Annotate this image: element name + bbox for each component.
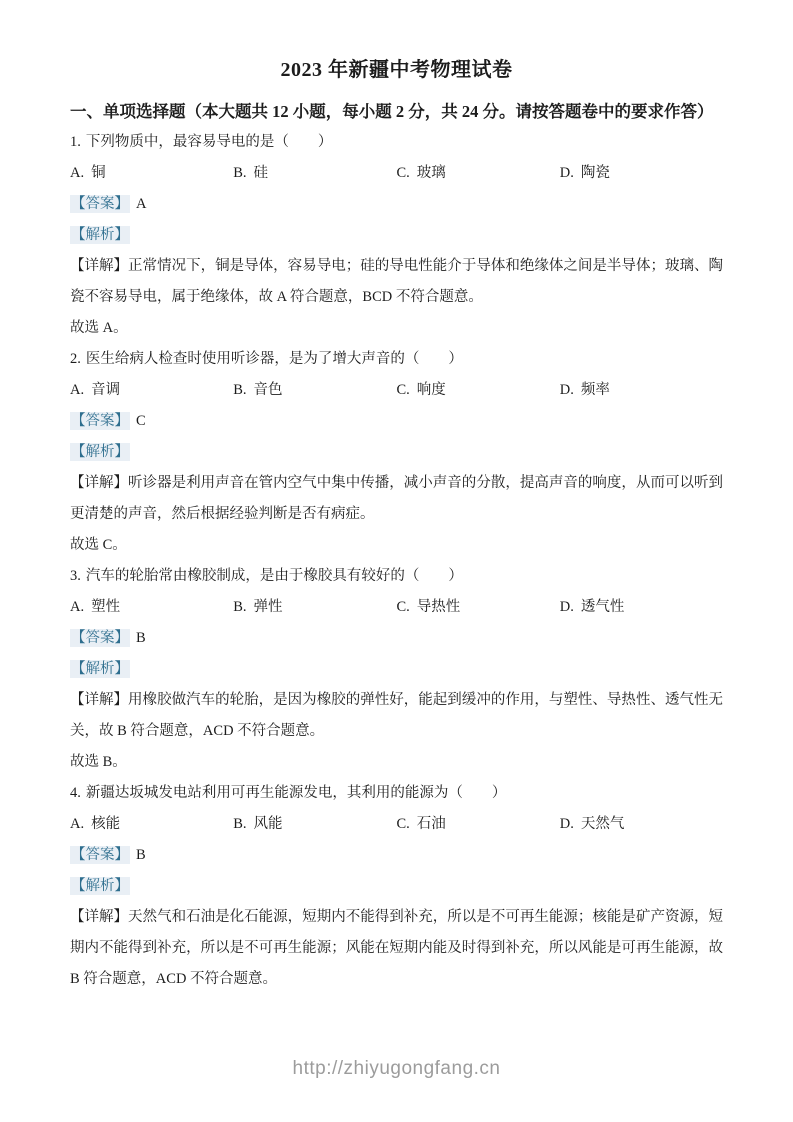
detail-paragraph: 【详解】用橡胶做汽车的轮胎，是因为橡胶的弹性好，能起到缓冲的作用，与塑性、导热性… <box>70 685 723 747</box>
options-row: A.音调 B.音色 C.响度 D.频率 <box>70 375 723 406</box>
option-a: A.音调 <box>70 375 233 406</box>
option-a-label: A. <box>70 599 84 615</box>
answer-value: B <box>136 847 146 863</box>
option-c: C.玻璃 <box>397 158 560 189</box>
detail-paragraph: 【详解】天然气和石油是化石能源，短期内不能得到补充，所以是不可再生能源；核能是矿… <box>70 902 723 995</box>
option-d-label: D. <box>560 599 574 615</box>
section-heading: 一、单项选择题（本大题共 12 小题，每小题 2 分，共 24 分。请按答题卷中… <box>70 96 723 127</box>
option-b: B.音色 <box>233 375 396 406</box>
option-d: D.天然气 <box>560 809 723 840</box>
option-b: B.硅 <box>233 158 396 189</box>
question-block-1: 1.下列物质中，最容易导电的是（ ） A.铜 B.硅 C.玻璃 D.陶瓷 【答案… <box>70 127 723 344</box>
option-a-text: 核能 <box>91 816 120 832</box>
question-number: 3. <box>70 568 81 584</box>
option-c: C.导热性 <box>397 592 560 623</box>
answer-line: 【答案】B <box>70 840 723 871</box>
answer-value: B <box>136 630 146 646</box>
question-number: 1. <box>70 134 81 150</box>
options-row: A.塑性 B.弹性 C.导热性 D.透气性 <box>70 592 723 623</box>
detail-paragraph: 【详解】听诊器是利用声音在管内空气中集中传播，减小声音的分散，提高声音的响度，从… <box>70 468 723 530</box>
option-b: B.风能 <box>233 809 396 840</box>
question-block-3: 3.汽车的轮胎常由橡胶制成，是由于橡胶具有较好的（ ） A.塑性 B.弹性 C.… <box>70 561 723 778</box>
analysis-label: 【解析】 <box>70 443 130 461</box>
option-a-text: 塑性 <box>91 599 120 615</box>
question-stem-text: 汽车的轮胎常由橡胶制成，是由于橡胶具有较好的（ ） <box>86 568 463 584</box>
detail-paragraph: 【详解】正常情况下，铜是导体，容易导电；硅的导电性能介于导体和绝缘体之间是半导体… <box>70 251 723 313</box>
option-a-text: 铜 <box>91 165 106 181</box>
analysis-line: 【解析】 <box>70 654 723 685</box>
answer-line: 【答案】A <box>70 189 723 220</box>
question-number: 4. <box>70 785 81 801</box>
question-stem-text: 新疆达坂城发电站利用可再生能源发电，其利用的能源为（ ） <box>86 785 507 801</box>
option-d-text: 透气性 <box>581 599 625 615</box>
analysis-line: 【解析】 <box>70 220 723 251</box>
options-row: A.铜 B.硅 C.玻璃 D.陶瓷 <box>70 158 723 189</box>
options-row: A.核能 B.风能 C.石油 D.天然气 <box>70 809 723 840</box>
question-stem: 1.下列物质中，最容易导电的是（ ） <box>70 127 723 158</box>
conclusion-line: 故选 A。 <box>70 313 723 344</box>
analysis-label: 【解析】 <box>70 226 130 244</box>
option-b: B.弹性 <box>233 592 396 623</box>
option-b-text: 硅 <box>254 165 269 181</box>
answer-line: 【答案】B <box>70 623 723 654</box>
question-stem-text: 医生给病人检查时使用听诊器，是为了增大声音的（ ） <box>86 351 463 367</box>
option-b-text: 风能 <box>254 816 283 832</box>
analysis-line: 【解析】 <box>70 871 723 902</box>
option-d-label: D. <box>560 165 574 181</box>
option-d: D.频率 <box>560 375 723 406</box>
analysis-label: 【解析】 <box>70 660 130 678</box>
option-d-text: 陶瓷 <box>581 165 610 181</box>
option-d: D.陶瓷 <box>560 158 723 189</box>
option-b-label: B. <box>233 165 246 181</box>
option-c-text: 石油 <box>417 816 446 832</box>
answer-value: C <box>136 413 146 429</box>
option-c: C.响度 <box>397 375 560 406</box>
option-c-label: C. <box>397 382 410 398</box>
question-number: 2. <box>70 351 81 367</box>
answer-label: 【答案】 <box>70 629 130 647</box>
option-a: A.塑性 <box>70 592 233 623</box>
option-c-label: C. <box>397 599 410 615</box>
conclusion-line: 故选 B。 <box>70 747 723 778</box>
option-a-label: A. <box>70 165 84 181</box>
option-a-label: A. <box>70 382 84 398</box>
watermark-url: http://zhiyugongfang.cn <box>0 1058 793 1080</box>
document-title: 2023 年新疆中考物理试卷 <box>70 54 723 86</box>
option-d-label: D. <box>560 382 574 398</box>
option-a: A.核能 <box>70 809 233 840</box>
option-d-text: 频率 <box>581 382 610 398</box>
option-a: A.铜 <box>70 158 233 189</box>
analysis-label: 【解析】 <box>70 877 130 895</box>
option-c-text: 玻璃 <box>417 165 446 181</box>
exam-document-page: 2023 年新疆中考物理试卷 一、单项选择题（本大题共 12 小题，每小题 2 … <box>0 0 793 995</box>
option-a-label: A. <box>70 816 84 832</box>
question-block-4: 4.新疆达坂城发电站利用可再生能源发电，其利用的能源为（ ） A.核能 B.风能… <box>70 778 723 995</box>
question-stem: 3.汽车的轮胎常由橡胶制成，是由于橡胶具有较好的（ ） <box>70 561 723 592</box>
option-c-label: C. <box>397 816 410 832</box>
option-d-text: 天然气 <box>581 816 625 832</box>
option-a-text: 音调 <box>91 382 120 398</box>
option-c-text: 响度 <box>417 382 446 398</box>
conclusion-line: 故选 C。 <box>70 530 723 561</box>
answer-label: 【答案】 <box>70 846 130 864</box>
answer-label: 【答案】 <box>70 195 130 213</box>
analysis-line: 【解析】 <box>70 437 723 468</box>
option-d: D.透气性 <box>560 592 723 623</box>
option-b-label: B. <box>233 816 246 832</box>
question-stem: 2.医生给病人检查时使用听诊器，是为了增大声音的（ ） <box>70 344 723 375</box>
option-b-label: B. <box>233 599 246 615</box>
option-b-text: 弹性 <box>254 599 283 615</box>
option-d-label: D. <box>560 816 574 832</box>
option-b-text: 音色 <box>254 382 283 398</box>
answer-line: 【答案】C <box>70 406 723 437</box>
answer-value: A <box>136 196 146 212</box>
option-c-text: 导热性 <box>417 599 461 615</box>
question-block-2: 2.医生给病人检查时使用听诊器，是为了增大声音的（ ） A.音调 B.音色 C.… <box>70 344 723 561</box>
option-b-label: B. <box>233 382 246 398</box>
answer-label: 【答案】 <box>70 412 130 430</box>
option-c-label: C. <box>397 165 410 181</box>
option-c: C.石油 <box>397 809 560 840</box>
question-stem: 4.新疆达坂城发电站利用可再生能源发电，其利用的能源为（ ） <box>70 778 723 809</box>
question-stem-text: 下列物质中，最容易导电的是（ ） <box>86 134 333 150</box>
